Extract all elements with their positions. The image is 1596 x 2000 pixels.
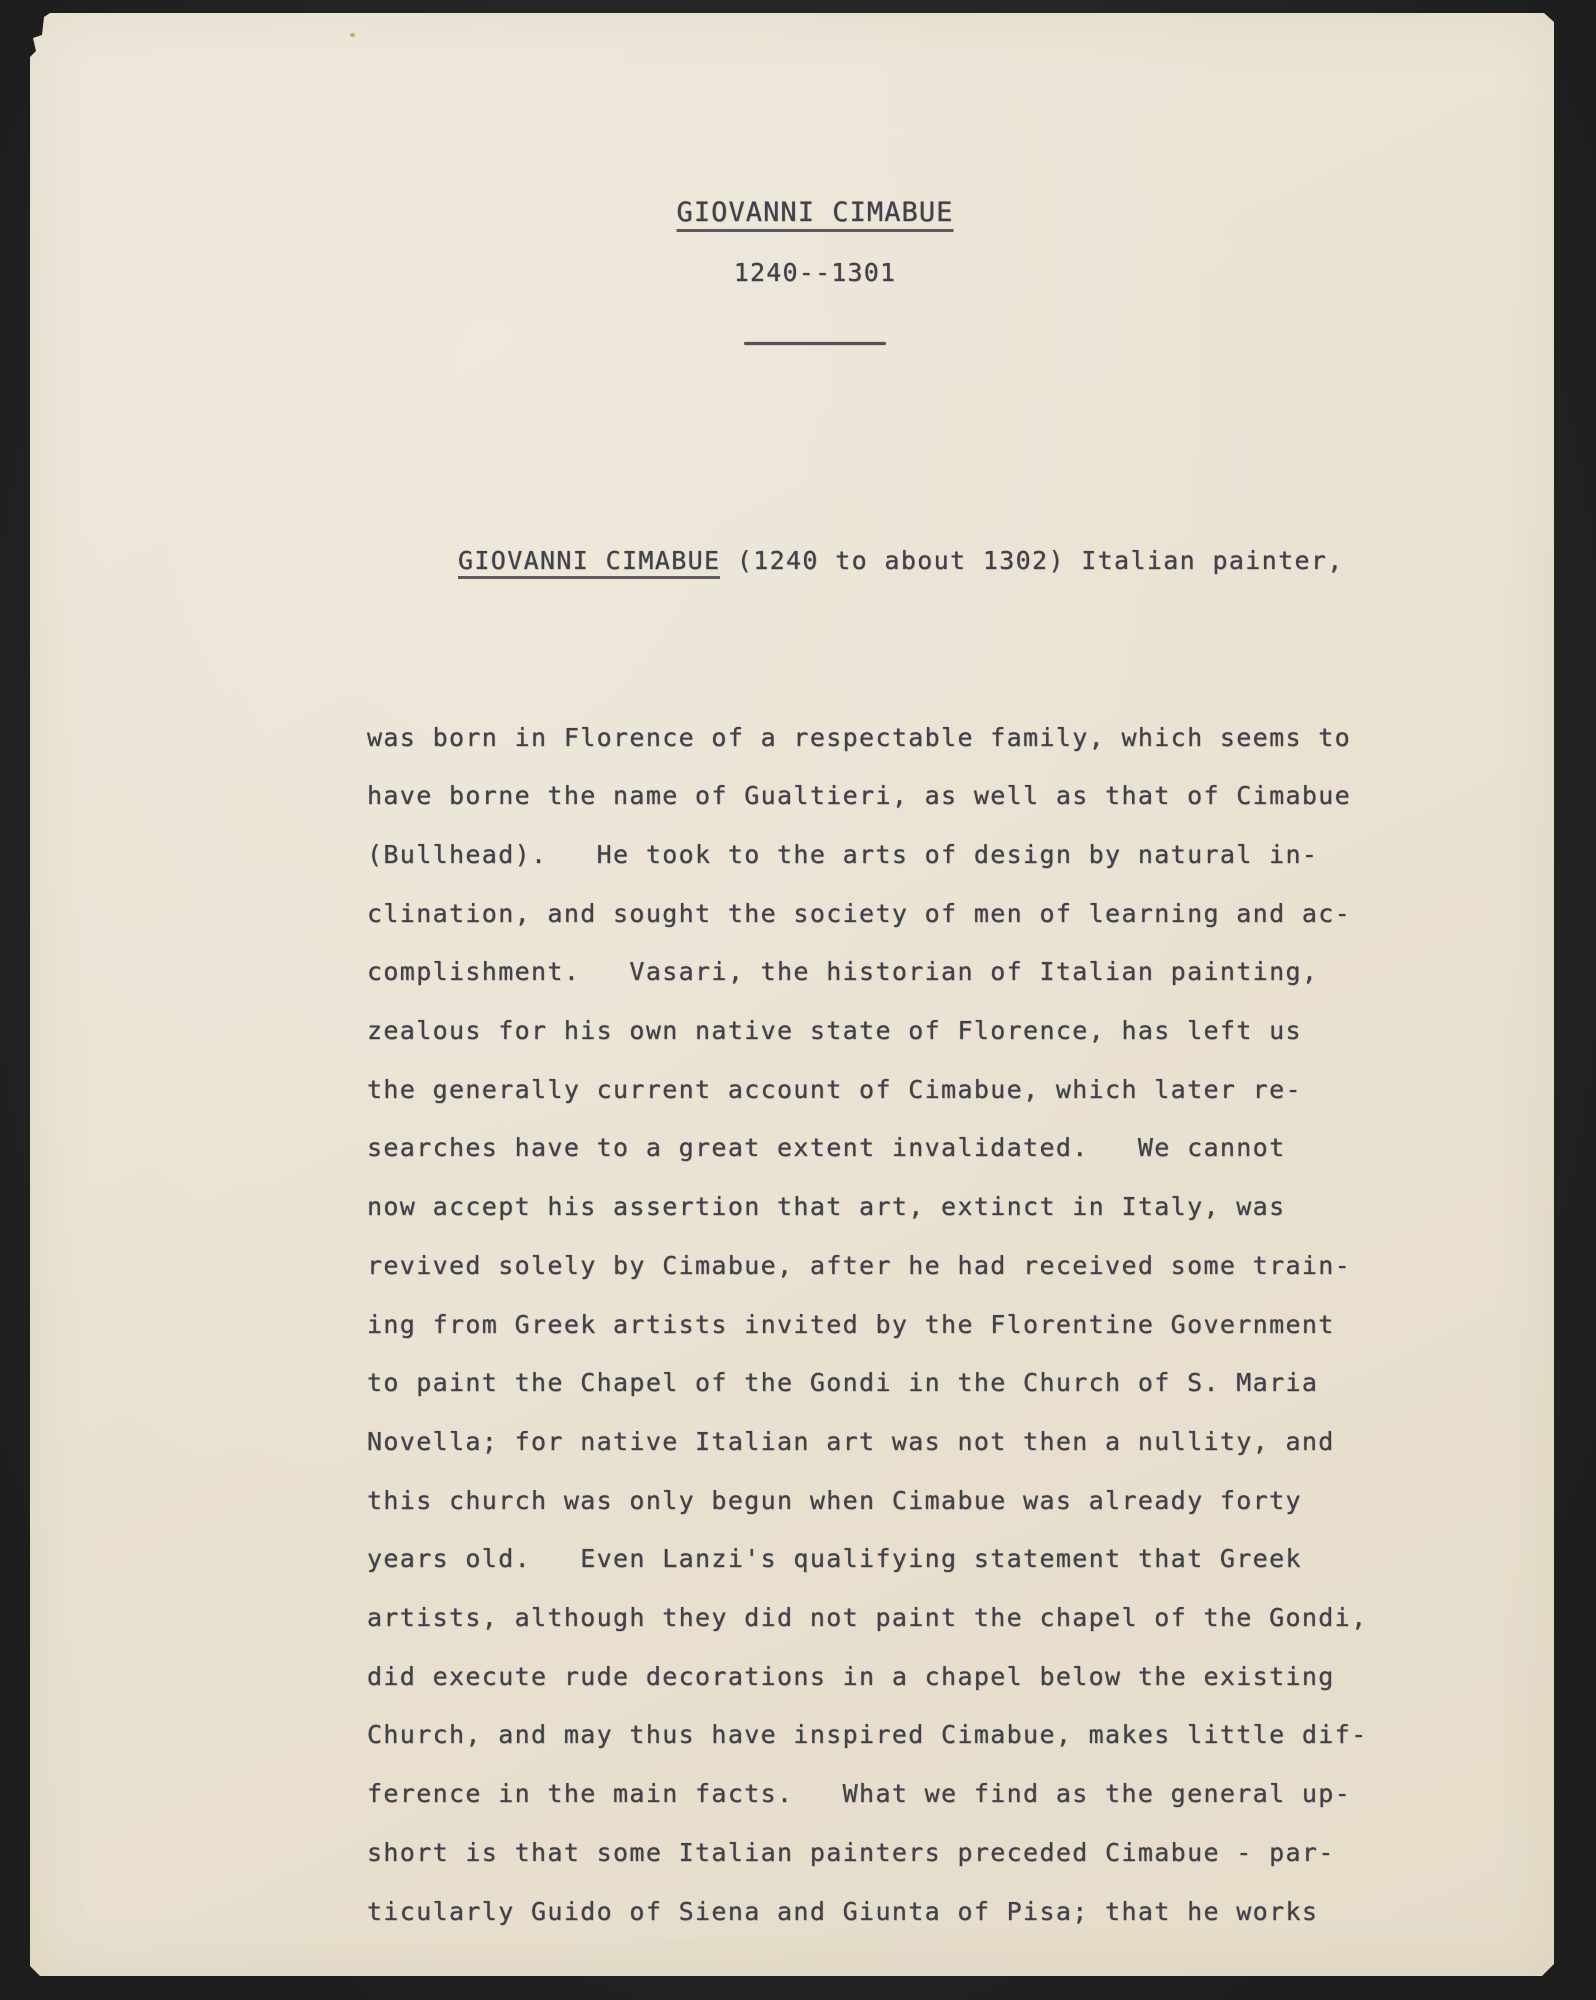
body-line: ference in the main facts. What we find … (367, 1765, 1467, 1824)
body-line: the generally current account of Cimabue… (367, 1061, 1467, 1120)
section-divider-line (744, 342, 886, 345)
body-line: ing from Greek artists invited by the Fl… (367, 1296, 1467, 1355)
document-title: GIOVANNI CIMABUE (677, 197, 954, 228)
first-line-rest-text: (1240 to about 1302) Italian painter, (720, 546, 1343, 575)
body-line: revived solely by Cimabue, after he had … (367, 1237, 1467, 1296)
scan-background: GIOVANNI CIMABUE 1240--1301 GIOVANNI CIM… (0, 0, 1596, 2000)
body-line: to paint the Chapel of the Gondi in the … (367, 1354, 1467, 1413)
body-line: ticularly Guido of Siena and Giunta of P… (367, 1883, 1467, 1942)
body-line: searches have to a great extent invalida… (367, 1119, 1467, 1178)
body-line: short is that some Italian painters prec… (367, 1824, 1467, 1883)
lead-underlined-text: GIOVANNI CIMABUE (458, 546, 720, 579)
body-line-first: GIOVANNI CIMABUE (1240 to about 1302) It… (367, 532, 1467, 591)
paper-speck (350, 33, 355, 37)
body-line: this church was only begun when Cimabue … (367, 1472, 1467, 1531)
body-line: clination, and sought the society of men… (367, 885, 1467, 944)
document-dates: 1240--1301 (734, 258, 897, 287)
body-line: years old. Even Lanzi's qualifying state… (367, 1530, 1467, 1589)
body-line: zealous for his own native state of Flor… (367, 1002, 1467, 1061)
body-line: now accept his assertion that art, extin… (367, 1178, 1467, 1237)
body-line: have borne the name of Gualtieri, as wel… (367, 767, 1467, 826)
document-title-text: GIOVANNI CIMABUE (677, 197, 954, 232)
body-line: Church, and may thus have inspired Cimab… (367, 1706, 1467, 1765)
body-line: (Bullhead). He took to the arts of desig… (367, 826, 1467, 885)
document-body: GIOVANNI CIMABUE (1240 to about 1302) It… (367, 415, 1467, 1941)
body-line: Novella; for native Italian art was not … (367, 1413, 1467, 1472)
body-line: artists, although they did not paint the… (367, 1589, 1467, 1648)
body-line: was born in Florence of a respectable fa… (367, 709, 1467, 768)
body-line: complishment. Vasari, the historian of I… (367, 943, 1467, 1002)
body-line: did execute rude decorations in a chapel… (367, 1648, 1467, 1707)
paper-sheet: GIOVANNI CIMABUE 1240--1301 GIOVANNI CIM… (30, 13, 1554, 1976)
